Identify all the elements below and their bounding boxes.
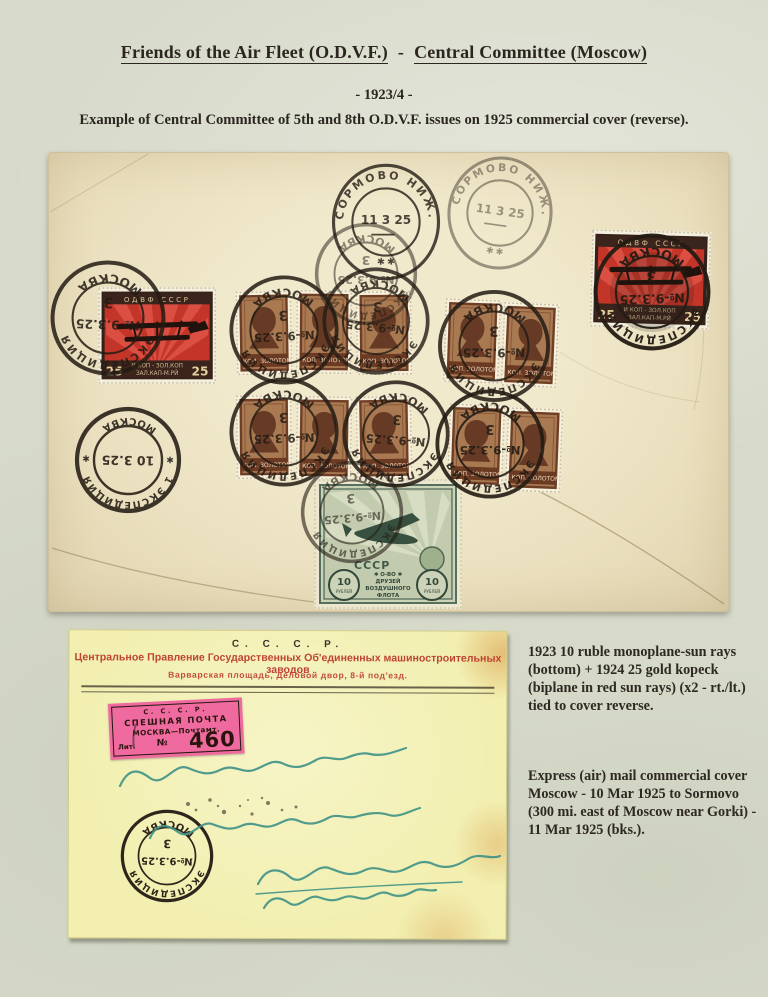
card-country-line: С. С. С. Р. [69, 638, 506, 651]
title-left: Friends of the Air Fleet (O.D.V.F.) [121, 42, 388, 64]
page-title: Friends of the Air Fleet (O.D.V.F.)-Cent… [0, 42, 768, 63]
card-divider-rule [81, 685, 494, 693]
title-right: Central Committee (Moscow) [414, 42, 647, 64]
title-separator: - [398, 42, 404, 62]
express-label-frame: С. С. С. Р. СПЕШНАЯ ПОЧТА МОСКВА—Почтамт… [111, 701, 241, 757]
envelope-reverse [48, 152, 729, 612]
express-label-no-sign: № [157, 738, 168, 753]
card-address-line: Варварская площадь, Деловой двор, 8-й по… [69, 669, 506, 681]
stamps-annotation: 1923 10 ruble monoplane-sun rays (bottom… [528, 643, 764, 715]
express-label-lit: Лит. [118, 743, 136, 755]
route-annotation: Express (air) mail commercial cover Mosc… [528, 767, 764, 839]
cover-front-card: С. С. С. Р. Центральное Правление Госуда… [67, 629, 507, 940]
page-subtitle: - 1923/4 - [0, 87, 768, 104]
express-label-number: 460 [189, 730, 237, 751]
page-description: Example of Central Committee of 5th and … [0, 112, 768, 129]
express-mail-label: С. С. С. Р. СПЕШНАЯ ПОЧТА МОСКВА—Почтамт… [108, 697, 245, 759]
exhibit-page: Friends of the Air Fleet (O.D.V.F.)-Cent… [0, 0, 768, 997]
